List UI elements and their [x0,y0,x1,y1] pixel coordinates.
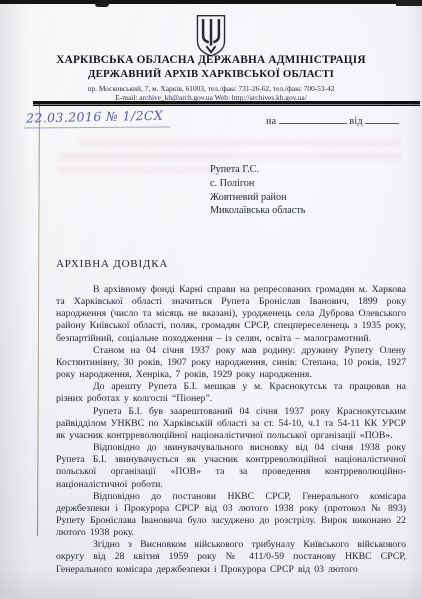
letterhead-divider-rule [33,101,420,106]
address-line: пр. Московський, 7, м. Харків, 61003, те… [0,84,422,93]
document-title: АРХІВНА ДОВІДКА [56,258,406,270]
scan-edge-artifact-corner [396,0,422,6]
ink-bleed-through [58,153,402,160]
document-body: АРХІВНА ДОВІДКА В архівному фонді Карні … [56,258,406,576]
recipient-oblast: Миколаївська область [210,204,305,218]
paragraph-family: Станом на 04 січня 1937 року мав родину:… [56,345,406,381]
recipient-district: Жовтневий район [210,191,305,205]
paragraph-sentence: Відповідно до постанови НКВС СРСР, Генер… [56,491,406,540]
organization-name-line: ХАРКІВСЬКА ОБЛАСНА ДЕРЖАВНА АДМІНІСТРАЦІ… [0,54,422,66]
paragraph-arrest: Рупета Б.І. був заарештований 04 січня 1… [56,406,406,442]
archive-name-line: ДЕРЖАВНИЙ АРХІВ ХАРКІВСЬКОЇ ОБЛАСТІ [0,68,422,80]
paragraph-residence: До арешту Рупета Б.І. мешкав у м. Красно… [56,381,406,405]
scan-edge-artifact-nub [95,0,109,7]
na-label: на [266,116,276,127]
handwritten-date-and-number: 22.03.2016 № 1/2СХ [26,107,176,125]
na-blank-line [279,112,347,124]
recipient-name: Рупета Г.С. [210,163,305,177]
recipient-village: с. Полігон [210,177,305,191]
vid-blank-line [365,112,399,124]
ink-bleed-through [78,139,400,146]
paragraph-rehabilitation: Згідно з Висновком військового трибуналу… [56,539,406,575]
scanned-archival-certificate: ХАРКІВСЬКА ОБЛАСНА ДЕРЖАВНА АДМІНІСТРАЦІ… [0,0,422,599]
paragraph-fond-record: В архівному фонді Карні справи на репрес… [56,284,406,345]
vid-label: від [349,116,363,127]
paragraph-indictment: Відповідно до звинувачувального висновку… [56,442,406,491]
scan-edge-artifact-top [0,0,422,4]
incoming-reference-line: на від [266,112,399,127]
recipient-address-block: Рупета Г.С. с. Полігон Жовтневий район М… [210,163,305,218]
